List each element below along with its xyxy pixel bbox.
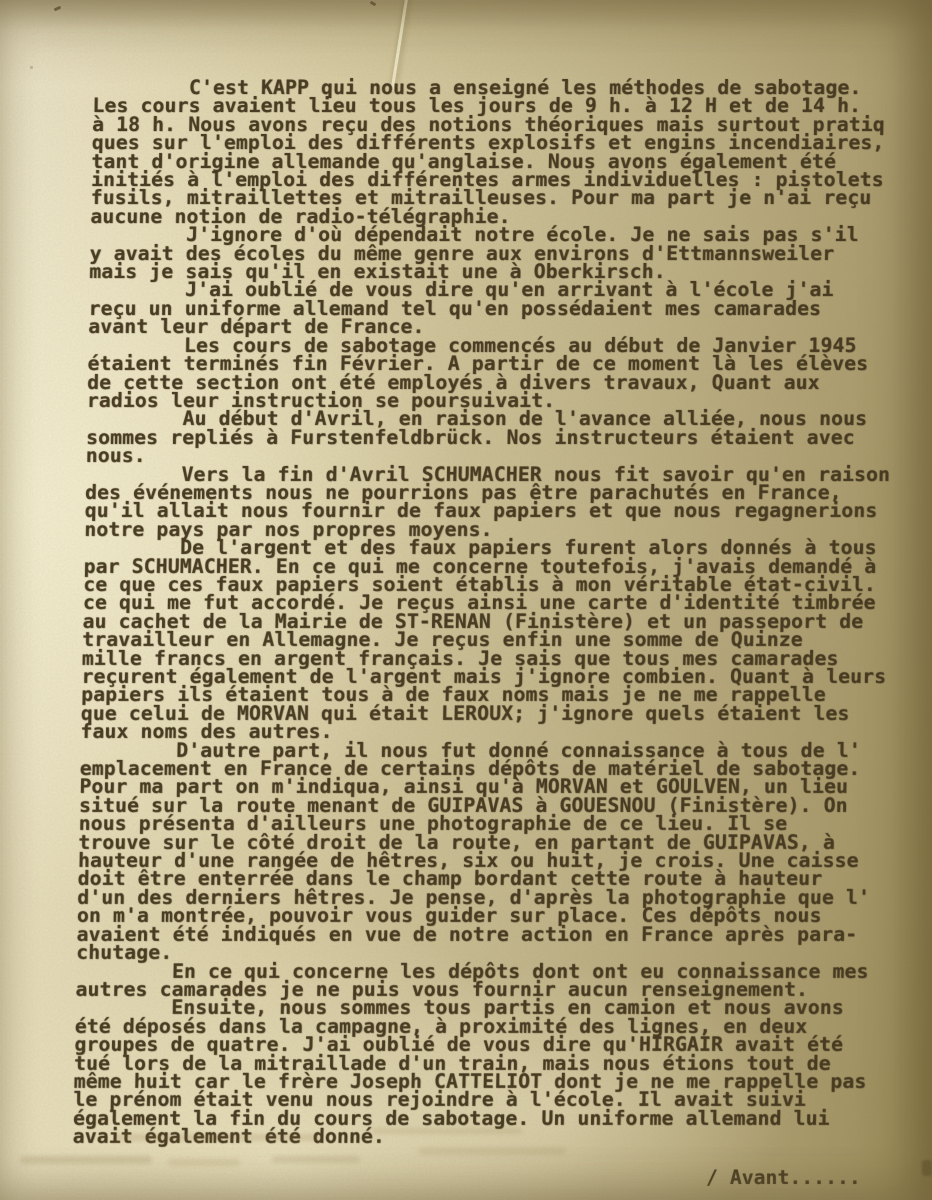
paper-speck (922, 1160, 932, 1176)
bleed-through-mark (272, 1156, 360, 1163)
paragraph-school-location: J'ignore d'où dépendait notre école. Je … (89, 226, 932, 281)
bleed-through-mark (168, 1159, 240, 1166)
paper-speck (54, 6, 62, 12)
paragraph-sabotage-depots: D'autre part, il nous fut donné connaiss… (76, 742, 932, 963)
paragraph-other-depots: En ce qui concerne les dépôts dont ont e… (75, 963, 928, 1000)
paragraph-schumacher-notice: Vers la fin d'Avril SCHUMACHER nous fit … (84, 466, 932, 540)
paragraph-april-retreat: Au début d'Avril, en raison de l'avance … (86, 410, 932, 465)
paragraph-course-dates: Les cours de sabotage commencés au début… (87, 337, 932, 411)
paper-speck (370, 1, 377, 7)
paragraph-money-and-papers: De l'argent et des faux papiers furent a… (80, 539, 932, 741)
bleed-through-mark (20, 1156, 152, 1164)
page-continuation-mark: / Avant...... (706, 1166, 861, 1189)
scanned-typewritten-document: C'est KAPP qui nous a enseigné les métho… (0, 0, 932, 1200)
paragraph-german-uniform: J'ai oublié de vous dire qu'en arrivant … (88, 281, 932, 336)
bleed-through-mark (418, 1147, 566, 1155)
paragraph-departure-by-truck: Ensuite, nous sommes tous partis en cami… (73, 999, 928, 1146)
paper-speck (30, 66, 33, 69)
typewritten-text-body: C'est KAPP qui nous a enseigné les métho… (73, 79, 932, 1147)
paragraph-sabotage-courses: C'est KAPP qui nous a enseigné les métho… (90, 79, 932, 226)
